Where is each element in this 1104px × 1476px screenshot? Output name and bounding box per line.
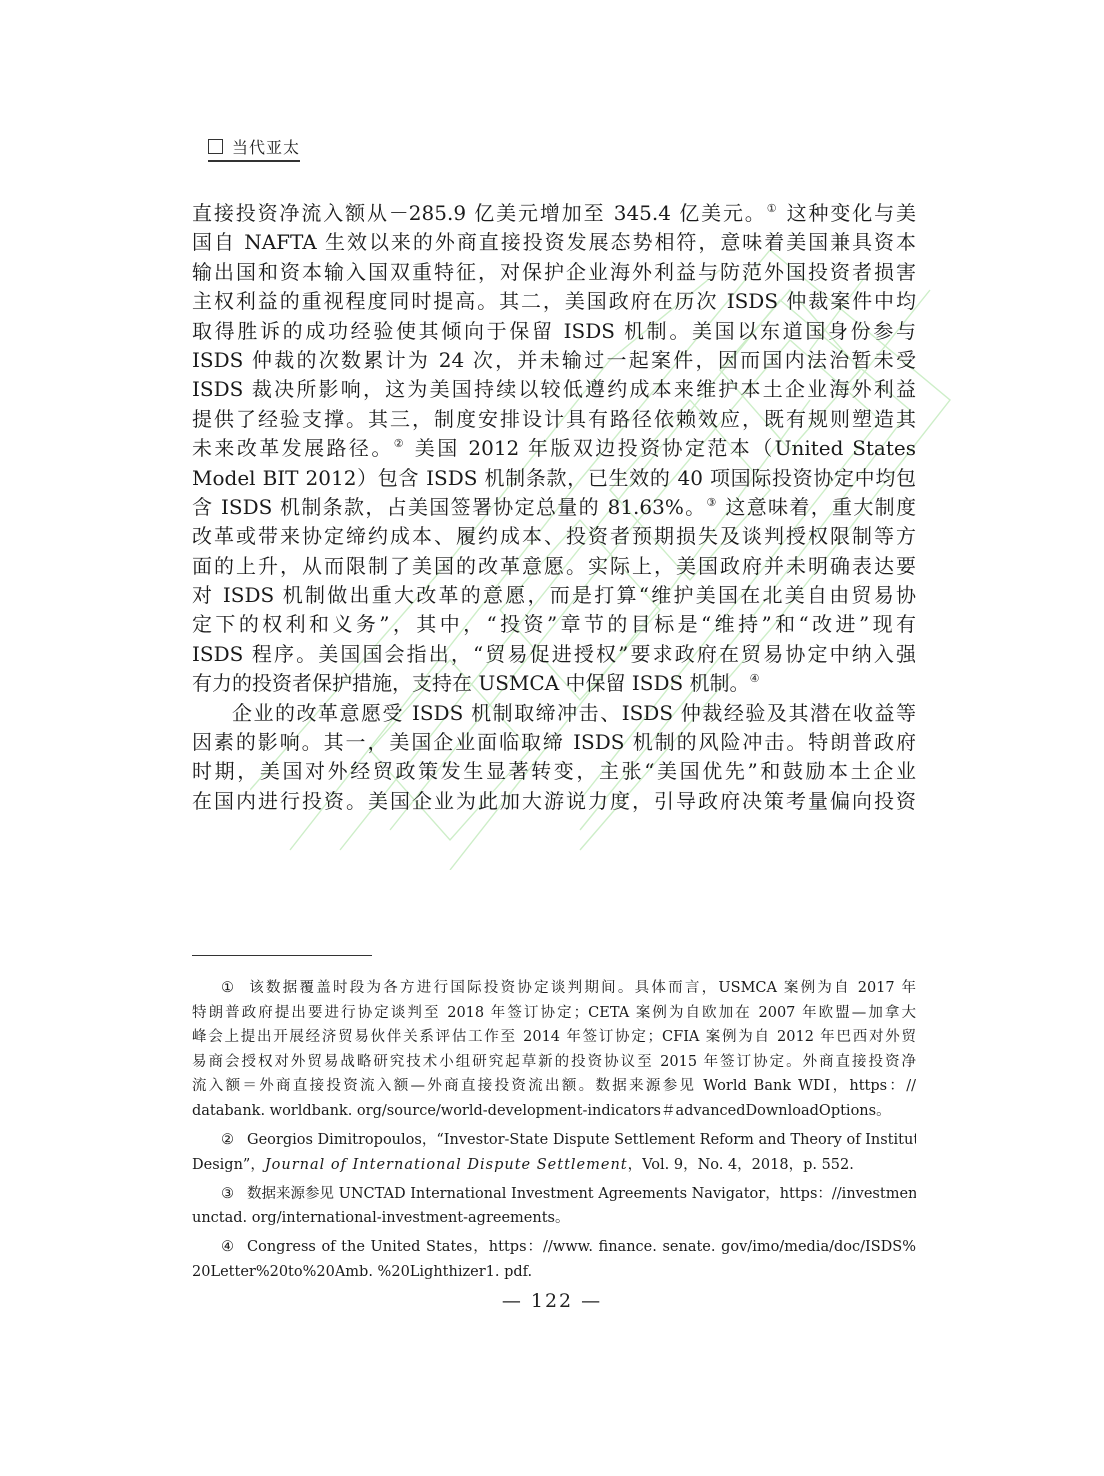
footnote-ref-1[interactable]: ① xyxy=(767,202,779,215)
footnote-link[interactable]: databank. worldbank. org/source/world-de… xyxy=(192,1099,916,1124)
body-line: 改革或带来协定缔约成本、履约成本、投资者预期损失及谈判授权限制等方 xyxy=(192,522,916,551)
body-line: 对 ISDS 机制做出重大改革的意愿，而是打算“维护美国在北美自由贸易协 xyxy=(192,581,916,610)
body-line: 定下的权利和义务”，其中，“投资”章节的目标是“维持”和“改进”现有 xyxy=(192,610,916,639)
footnote-mark: ④ xyxy=(221,1235,247,1260)
body-line: 因素的影响。其一，美国企业面临取缔 ISDS 机制的风险冲击。特朗普政府 xyxy=(192,728,916,757)
body-line: 输出国和资本输入国双重特征，对保护企业海外利益与防范外国投资者损害 xyxy=(192,258,916,287)
footnote-link[interactable]: unctad. org/international-investment-agr… xyxy=(192,1206,916,1231)
body-line: 直接投资净流入额从－285.9 亿美元增加至 345.4 亿美元。① 这种变化与… xyxy=(192,199,916,228)
body-line: 在国内进行投资。美国企业为此加大游说力度，引导政府决策考量偏向投资 xyxy=(192,787,916,816)
footnote-4: ④Congress of the United States，https：//w… xyxy=(192,1235,916,1284)
footnote-ref-3[interactable]: ③ xyxy=(707,496,718,509)
body-line: 国自 NAFTA 生效以来的外商直接投资发展态势相符，意味着美国兼具资本 xyxy=(192,228,916,257)
body-line: 提供了经验支撑。其三，制度安排设计具有路径依赖效应，既有规则塑造其 xyxy=(192,405,916,434)
footnote-1: ①该数据覆盖时段为各方进行国际投资协定谈判期间。具体而言，USMCA 案例为自 … xyxy=(192,976,916,1124)
body-line: 取得胜诉的成功经验使其倾向于保留 ISDS 机制。美国以东道国身份参与 xyxy=(192,317,916,346)
body-line: 含 ISDS 机制条款，占美国签署协定总量的 81.63%。③ 这意味着，重大制… xyxy=(192,493,916,522)
body-text: 直接投资净流入额从－285.9 亿美元增加至 345.4 亿美元。① 这种变化与… xyxy=(192,199,916,816)
body-line: 时期，美国对外经贸政策发生显著转变，主张“美国优先”和鼓励本土企业 xyxy=(192,757,916,786)
journal-title: 当代亚太 xyxy=(232,138,300,157)
running-head: 当代亚太 xyxy=(208,137,300,162)
body-line: 未来改革发展路径。② 美国 2012 年版双边投资协定范本（United Sta… xyxy=(192,434,916,463)
footnotes: ①该数据覆盖时段为各方进行国际投资协定谈判期间。具体而言，USMCA 案例为自 … xyxy=(192,976,916,1285)
body-line: 有力的投资者保护措施，支持在 USMCA 中保留 ISDS 机制。④ xyxy=(192,669,916,698)
footnote-mark: ① xyxy=(221,976,247,1001)
footnote-link[interactable]: 20Letter%20to%20Amb. %20Lighthizer1. pdf… xyxy=(192,1260,916,1285)
body-line: ISDS 程序。美国国会指出，“贸易促进授权”要求政府在贸易协定中纳入强 xyxy=(192,640,916,669)
body-line: ISDS 仲裁的次数累计为 24 次，并未输过一起案件，因而国内法治暂未受 xyxy=(192,346,916,375)
body-line: Model BIT 2012）包含 ISDS 机制条款，已生效的 40 项国际投… xyxy=(192,464,916,493)
footnote-mark: ③ xyxy=(221,1182,247,1207)
body-line: 主权利益的重视程度同时提高。其二，美国政府在历次 ISDS 仲裁案件中均 xyxy=(192,287,916,316)
paragraph-start-line: 企业的改革意愿受 ISDS 机制取缔冲击、ISDS 仲裁经验及其潜在收益等 xyxy=(192,699,916,728)
body-line: 面的上升，从而限制了美国的改革意愿。实际上，美国政府并未明确表达要 xyxy=(192,552,916,581)
footnote-divider xyxy=(192,955,372,956)
footnote-2: ②Georgios Dimitropoulos，“Investor-State … xyxy=(192,1128,916,1177)
page-number: — 122 — xyxy=(0,1290,1104,1312)
footnote-ref-4[interactable]: ④ xyxy=(750,672,760,685)
footnote-ref-2[interactable]: ② xyxy=(394,437,406,450)
body-line: ISDS 裁决所影响，这为美国持续以较低遵约成本来维护本土企业海外利益 xyxy=(192,375,916,404)
journal-name: Journal of International Dispute Settlem… xyxy=(265,1157,628,1173)
footnote-mark: ② xyxy=(221,1128,247,1153)
square-icon xyxy=(208,139,223,154)
footnote-3: ③数据来源参见 UNCTAD International Investment … xyxy=(192,1182,916,1231)
